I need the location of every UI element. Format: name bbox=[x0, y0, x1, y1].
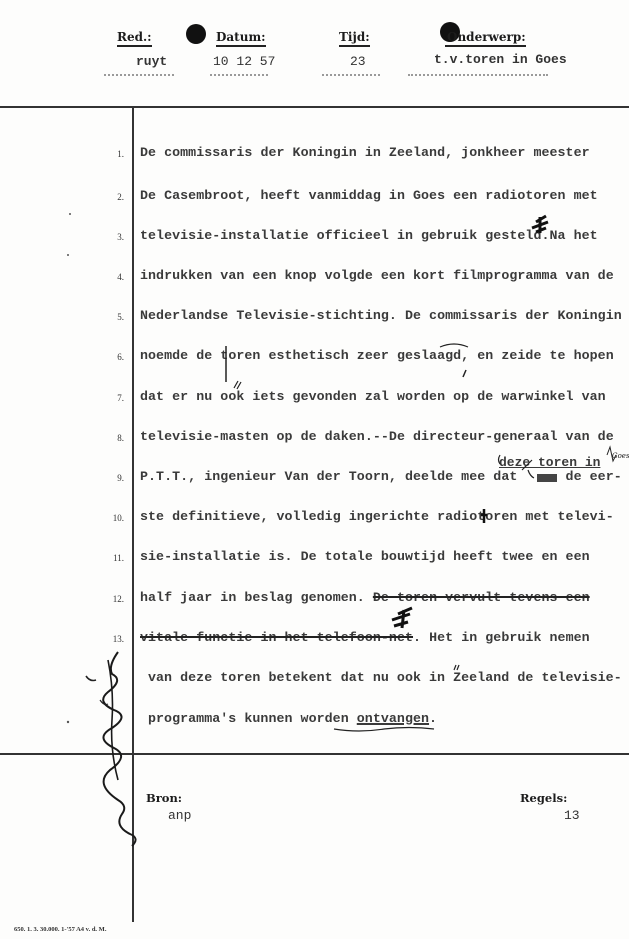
bron-label: Bron: bbox=[146, 791, 182, 805]
regels-label: Regels: bbox=[520, 791, 567, 805]
bron-value: anp bbox=[168, 808, 191, 823]
regels-value: 13 bbox=[564, 808, 580, 823]
print-code: 650. 1. 3. 30.000. 1-'57 A4 v. d. M. bbox=[14, 926, 106, 933]
